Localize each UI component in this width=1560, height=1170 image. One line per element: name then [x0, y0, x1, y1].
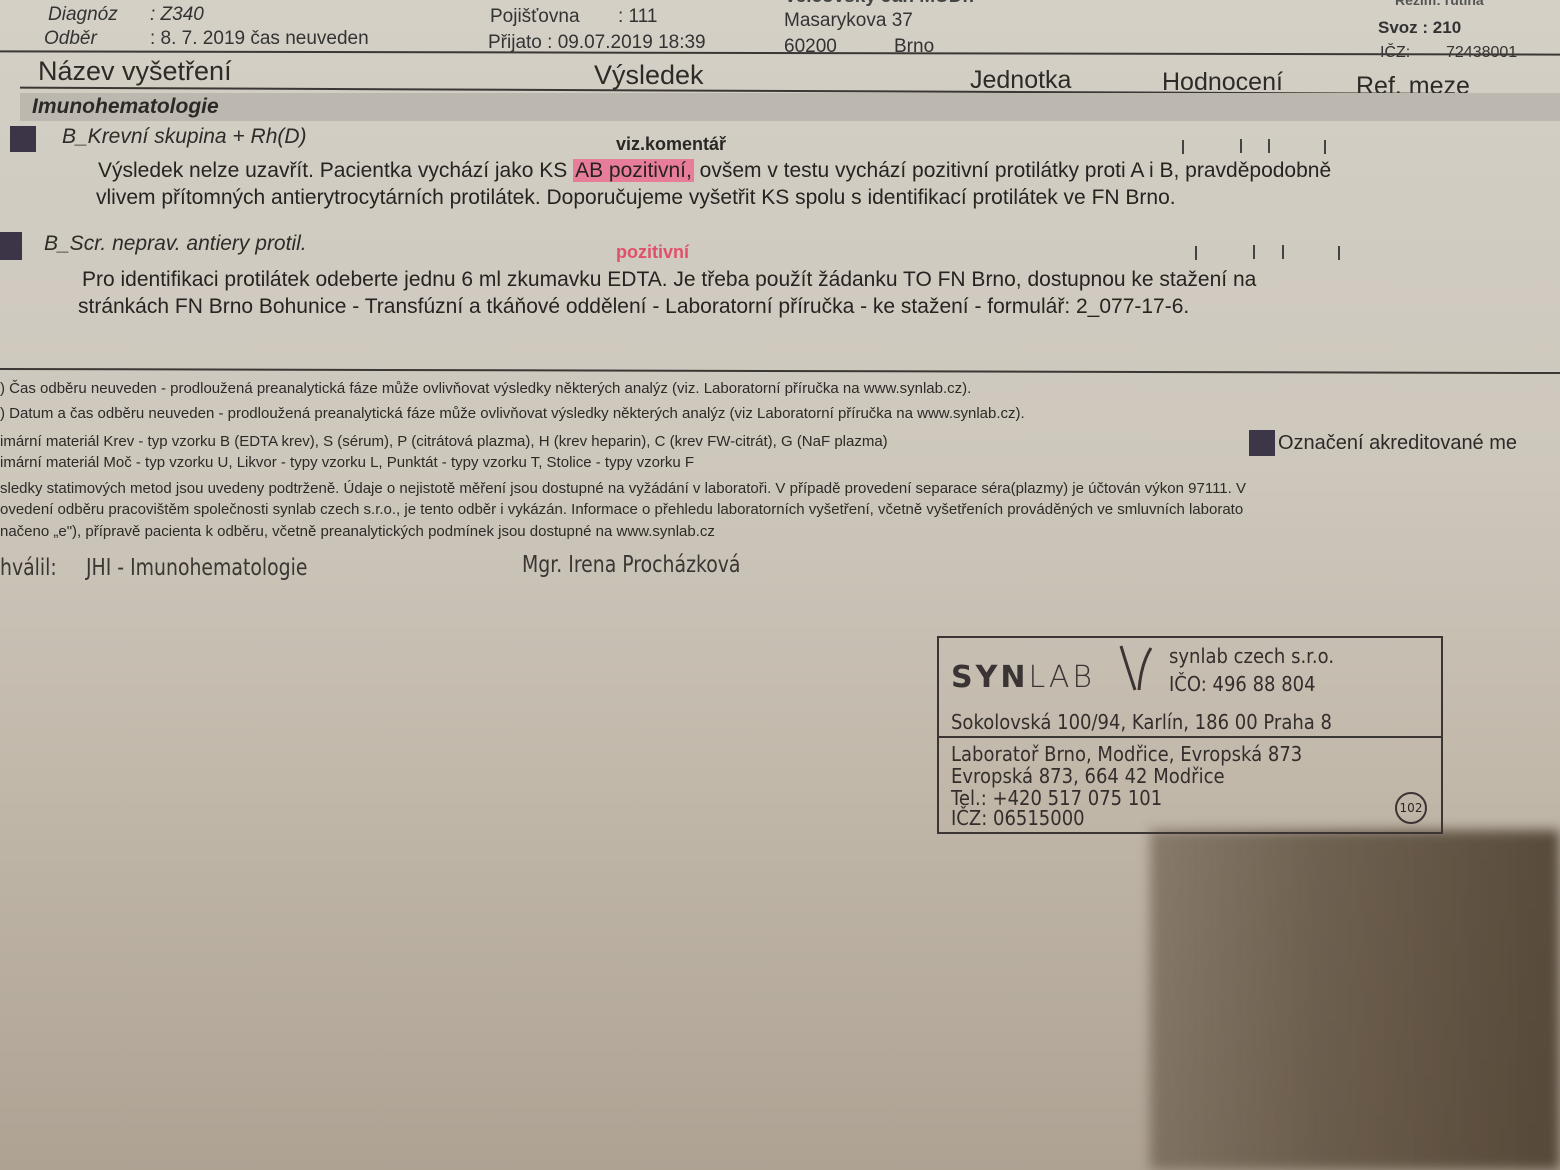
header-divider [0, 50, 1560, 55]
footnote: ) Čas odběru neuveden - prodloužená prea… [0, 380, 971, 397]
test-result-positive: pozitivní [616, 242, 689, 263]
ref-tick [1253, 245, 1255, 259]
test-name: B_Scr. neprav. antiery protil. [44, 232, 307, 256]
lab-stamp: SYNLAB synlab czech s.r.o. IČO: 496 88 8… [937, 636, 1443, 834]
ref-tick [1282, 245, 1284, 259]
test-comment-line: vlivem přítomných antierytrocytárních pr… [96, 184, 1176, 211]
accredited-marker-icon [0, 232, 22, 260]
highlighted-blood-group: AB pozitivní, [573, 159, 694, 182]
footnote: ) Datum a čas odběru neuveden - prodlouž… [0, 405, 1025, 422]
pojistovna-label: Pojišťovna [490, 6, 580, 28]
stamp-divider [939, 736, 1441, 738]
comment-text: ovšem v testu vychází pozitivní protilát… [694, 159, 1331, 182]
footnote: imární materiál Moč - typ vzorku U, Likv… [0, 454, 694, 471]
stamp-hq-address: Sokolovská 100/94, Karlín, 186 00 Praha … [951, 710, 1332, 734]
ref-tick [1240, 139, 1242, 153]
test-comment-line: stránkách FN Brno Bohunice - Transfúzní … [78, 293, 1189, 320]
shadow-overlay [1150, 830, 1560, 1170]
diagnoz-label: Diagnóz [48, 4, 118, 26]
pojistovna-value: : 111 [618, 6, 657, 28]
comment-text: Výsledek nelze uzavřít. Pacientka vycház… [98, 159, 573, 182]
synlab-logo: SYNLAB [951, 660, 1095, 695]
stamp-icz: IČZ: 06515000 [951, 806, 1085, 830]
synlab-logo-mark-icon [1117, 644, 1157, 692]
footnote: imární materiál Krev - typ vzorku B (EDT… [0, 433, 888, 450]
approval-label: hválil: [0, 555, 57, 581]
accredited-legend-label: Označení akreditované me [1278, 432, 1517, 455]
stamp-lab-name: Laboratoř Brno, Modřice, Evropská 873 [951, 742, 1302, 766]
accredited-marker-icon [10, 126, 36, 152]
odber-label: Odběr [44, 28, 97, 50]
doctor-city: Brno [894, 36, 934, 58]
ref-tick [1182, 140, 1184, 154]
test-comment-line: Výsledek nelze uzavřít. Pacientka vycház… [98, 157, 1331, 184]
test-comment-line: Pro identifikaci protilátek odeberte jed… [82, 266, 1256, 293]
ref-tick [1338, 246, 1340, 260]
rezim: Režim: rutina [1395, 0, 1484, 8]
section-title: Imunohematologie [32, 95, 219, 119]
footnote: načeno „e"), přípravě pacienta k odběru,… [0, 523, 715, 540]
test-result: viz.komentář [616, 134, 726, 155]
accredited-legend-icon [1249, 430, 1275, 456]
notes-divider [0, 368, 1560, 374]
approval-department: JHI - Imunohematologie [86, 555, 308, 581]
diagnoz-value: : Z340 [150, 4, 204, 26]
svoz: Svoz : 210 [1378, 18, 1461, 38]
doctor-street: Masarykova 37 [784, 10, 913, 32]
stamp-ico: IČO: 496 88 804 [1169, 672, 1316, 696]
footnote: sledky statimových metod jsou uvedeny po… [0, 480, 1246, 497]
column-header-name: Název vyšetření [38, 56, 232, 87]
ref-tick [1324, 140, 1326, 154]
approval-person: Mgr. Irena Procházková [522, 552, 740, 578]
test-name: B_Krevní skupina + Rh(D) [62, 125, 307, 149]
footnote: ovedení odběru pracovištěm společnosti s… [0, 501, 1243, 518]
ref-tick [1268, 139, 1270, 153]
odber-value: : 8. 7. 2019 čas neuveden [150, 28, 369, 50]
column-header-result: Výsledek [594, 60, 704, 91]
stamp-lab-address: Evropská 873, 664 42 Modřice [951, 764, 1225, 788]
doctor-zip: 60200 [784, 36, 837, 58]
ref-tick [1195, 246, 1197, 260]
doctor-name: Velcovský Jan MUDr. [784, 0, 974, 8]
stamp-company: synlab czech s.r.o. [1169, 644, 1334, 668]
section-bar [20, 93, 1560, 121]
stamp-badge-number: 102 [1395, 792, 1427, 824]
